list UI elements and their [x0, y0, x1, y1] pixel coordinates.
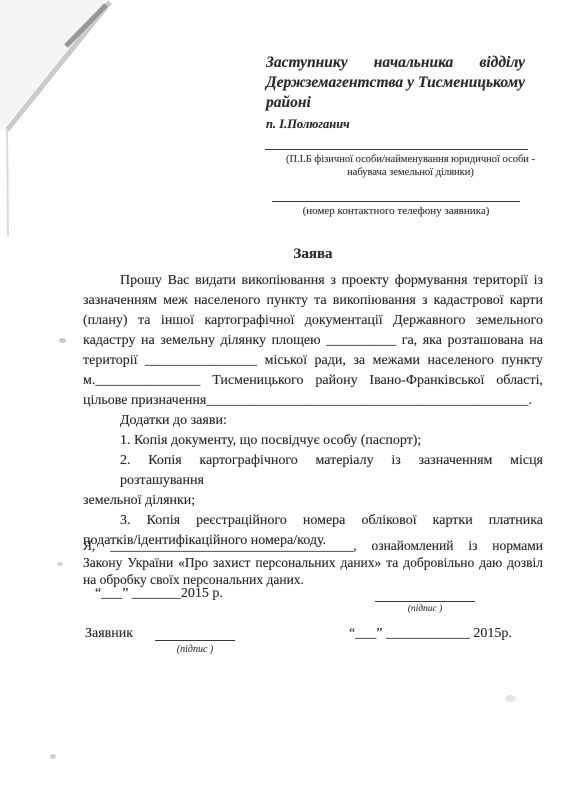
applicant-label: Заявник — [85, 626, 133, 642]
request-line: м._______________ Тисменицького району І… — [83, 371, 543, 391]
attachments-heading: Додатки до заяви: — [83, 411, 543, 431]
attachment-item-line: 3. Копія реєстраційного номера облікової… — [83, 511, 543, 531]
scanned-application-page: Заступнику начальника відділу Держземаге… — [0, 0, 575, 800]
consent-date-blank: “___” _______2015 р. — [95, 586, 223, 602]
attachment-item-line: 2. Копія картографічного матеріалу із за… — [83, 451, 543, 491]
recipient-line: Держземагентства у Тисменицькому — [266, 73, 525, 93]
request-line: цільове призначення_____________________… — [83, 391, 543, 411]
footer-date-blank: “___” ____________ 2015р. — [349, 626, 512, 642]
consent-line: Закону України «Про захист персональних … — [83, 554, 543, 571]
applicant-name-blank-rule — [265, 149, 528, 150]
page-fold-artifact — [0, 0, 150, 240]
caption-line: набувача земельної ділянки) — [268, 166, 553, 179]
phone-caption: (номер контактного телефону заявника) — [262, 205, 530, 218]
document-title: Заява — [83, 246, 543, 263]
consent-line: Я, ____________________________________,… — [83, 537, 543, 554]
request-paragraph: Прошу Вас видати викопіювання з проекту … — [83, 271, 543, 551]
consent-signature-caption: (підпис ) — [375, 604, 475, 614]
consent-paragraph: Я, ____________________________________,… — [83, 537, 543, 588]
scan-speck — [59, 338, 66, 343]
recipient-line: Заступнику начальника відділу — [266, 53, 525, 73]
scan-speck — [50, 754, 56, 759]
recipient-person: п. І.Полюганич — [266, 116, 525, 132]
consent-signature-rule — [375, 601, 475, 602]
caption-line: (П.І.Б фізичної особи/найменування юриди… — [268, 153, 553, 166]
scan-speck — [505, 695, 516, 702]
applicant-signature-rule — [155, 640, 235, 641]
attachment-item-line: 1. Копія документу, що посвідчує особу (… — [83, 431, 543, 451]
request-line: кадастру на земельну ділянку площею ____… — [83, 331, 543, 351]
recipient-line: районі — [266, 93, 525, 113]
phone-blank-rule — [272, 201, 520, 202]
attachment-item-line: земельної ділянки; — [83, 491, 543, 511]
request-line: зазначенням меж населеного пункту та вик… — [83, 291, 543, 311]
request-line: (плану) та іншої картографічної документ… — [83, 311, 543, 331]
applicant-signature-caption: (підпис ) — [150, 644, 240, 655]
recipient-block: Заступнику начальника відділу Держземаге… — [266, 53, 525, 132]
scan-speck — [57, 562, 63, 566]
applicant-name-caption: (П.І.Б фізичної особи/найменування юриди… — [268, 153, 553, 179]
request-line: Прошу Вас видати викопіювання з проекту … — [83, 271, 543, 291]
request-line: території ________________ міської ради,… — [83, 351, 543, 371]
